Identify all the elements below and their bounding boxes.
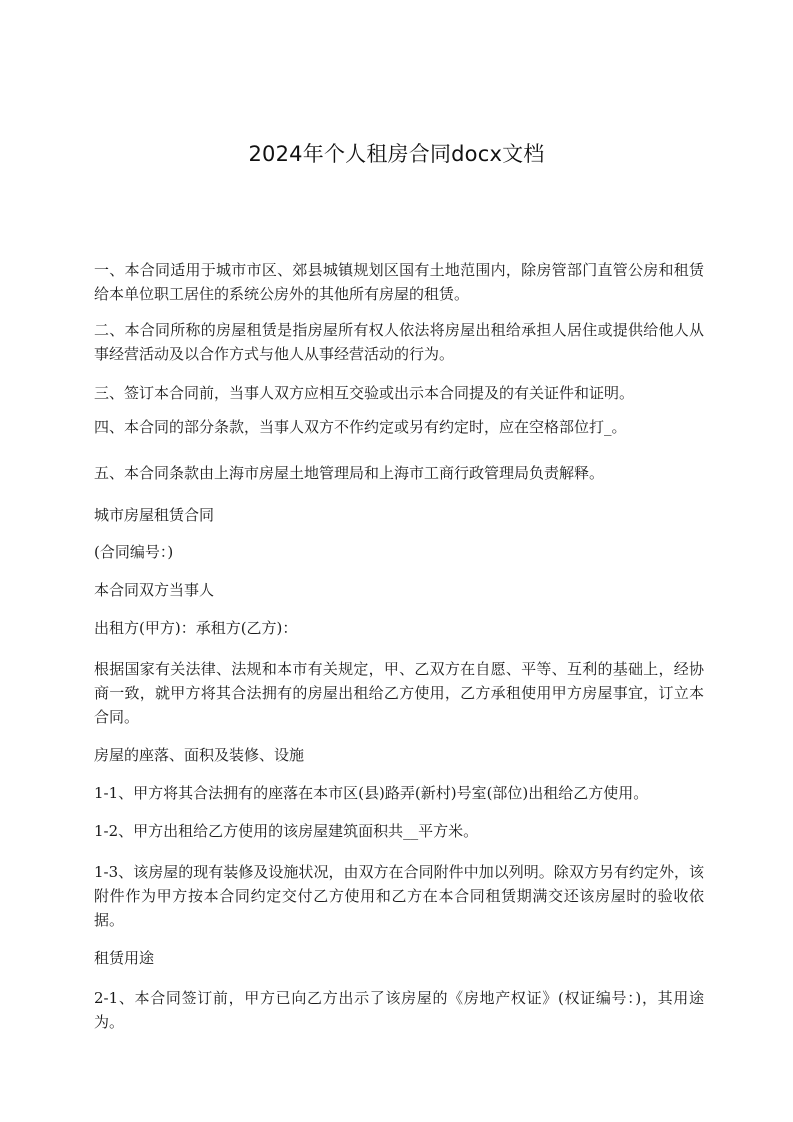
- section-premises-heading: 房屋的座落、面积及装修、设施: [94, 743, 704, 767]
- paragraph-interpretation: 五、本合同条款由上海市房屋土地管理局和上海市工商行政管理局负责解释。: [94, 461, 704, 485]
- clause-1-1: 1-1、甲方将其合法拥有的座落在本市区(县)路弄(新村)号室(部位)出租给乙方使…: [94, 781, 704, 805]
- paragraph-definition: 二、本合同所称的房屋租赁是指房屋所有权人依法将房屋出租给承担人居住或提供给他人从…: [94, 318, 704, 366]
- clause-1-3: 1-3、该房屋的现有装修及设施状况，由双方在合同附件中加以列明。除双方另有约定外…: [94, 860, 704, 932]
- document-page: 2024年个人租房合同docx文档 一、本合同适用于城市市区、郊县城镇规划区国有…: [0, 0, 793, 1122]
- paragraph-verification: 三、签订本合同前，当事人双方应相互交验或出示本合同提及的有关证件和证明。: [94, 381, 704, 405]
- clause-1-2: 1-2、甲方出租给乙方使用的该房屋建筑面积共__平方米。: [94, 819, 704, 843]
- contract-number: (合同编号：): [94, 540, 704, 564]
- clause-2-1: 2-1、本合同签订前，甲方已向乙方出示了该房屋的《房地产权证》(权证编号：)，其…: [94, 986, 704, 1034]
- paragraph-blank-rule: 四、本合同的部分条款，当事人双方不作约定或另有约定时，应在空格部位打_。: [94, 415, 704, 439]
- contract-heading: 城市房屋租赁合同: [94, 503, 704, 527]
- document-title: 2024年个人租房合同docx文档: [0, 138, 793, 168]
- paragraph-preamble: 根据国家有关法律、法规和本市有关规定，甲、乙双方在自愿、平等、互利的基础上，经协…: [94, 657, 704, 729]
- section-usage-heading: 租赁用途: [94, 946, 704, 970]
- parties-line: 出租方(甲方)：承租方(乙方)：: [94, 616, 704, 640]
- parties-heading: 本合同双方当事人: [94, 578, 704, 602]
- paragraph-scope: 一、本合同适用于城市市区、郊县城镇规划区国有土地范围内，除房管部门直管公房和租赁…: [94, 258, 704, 306]
